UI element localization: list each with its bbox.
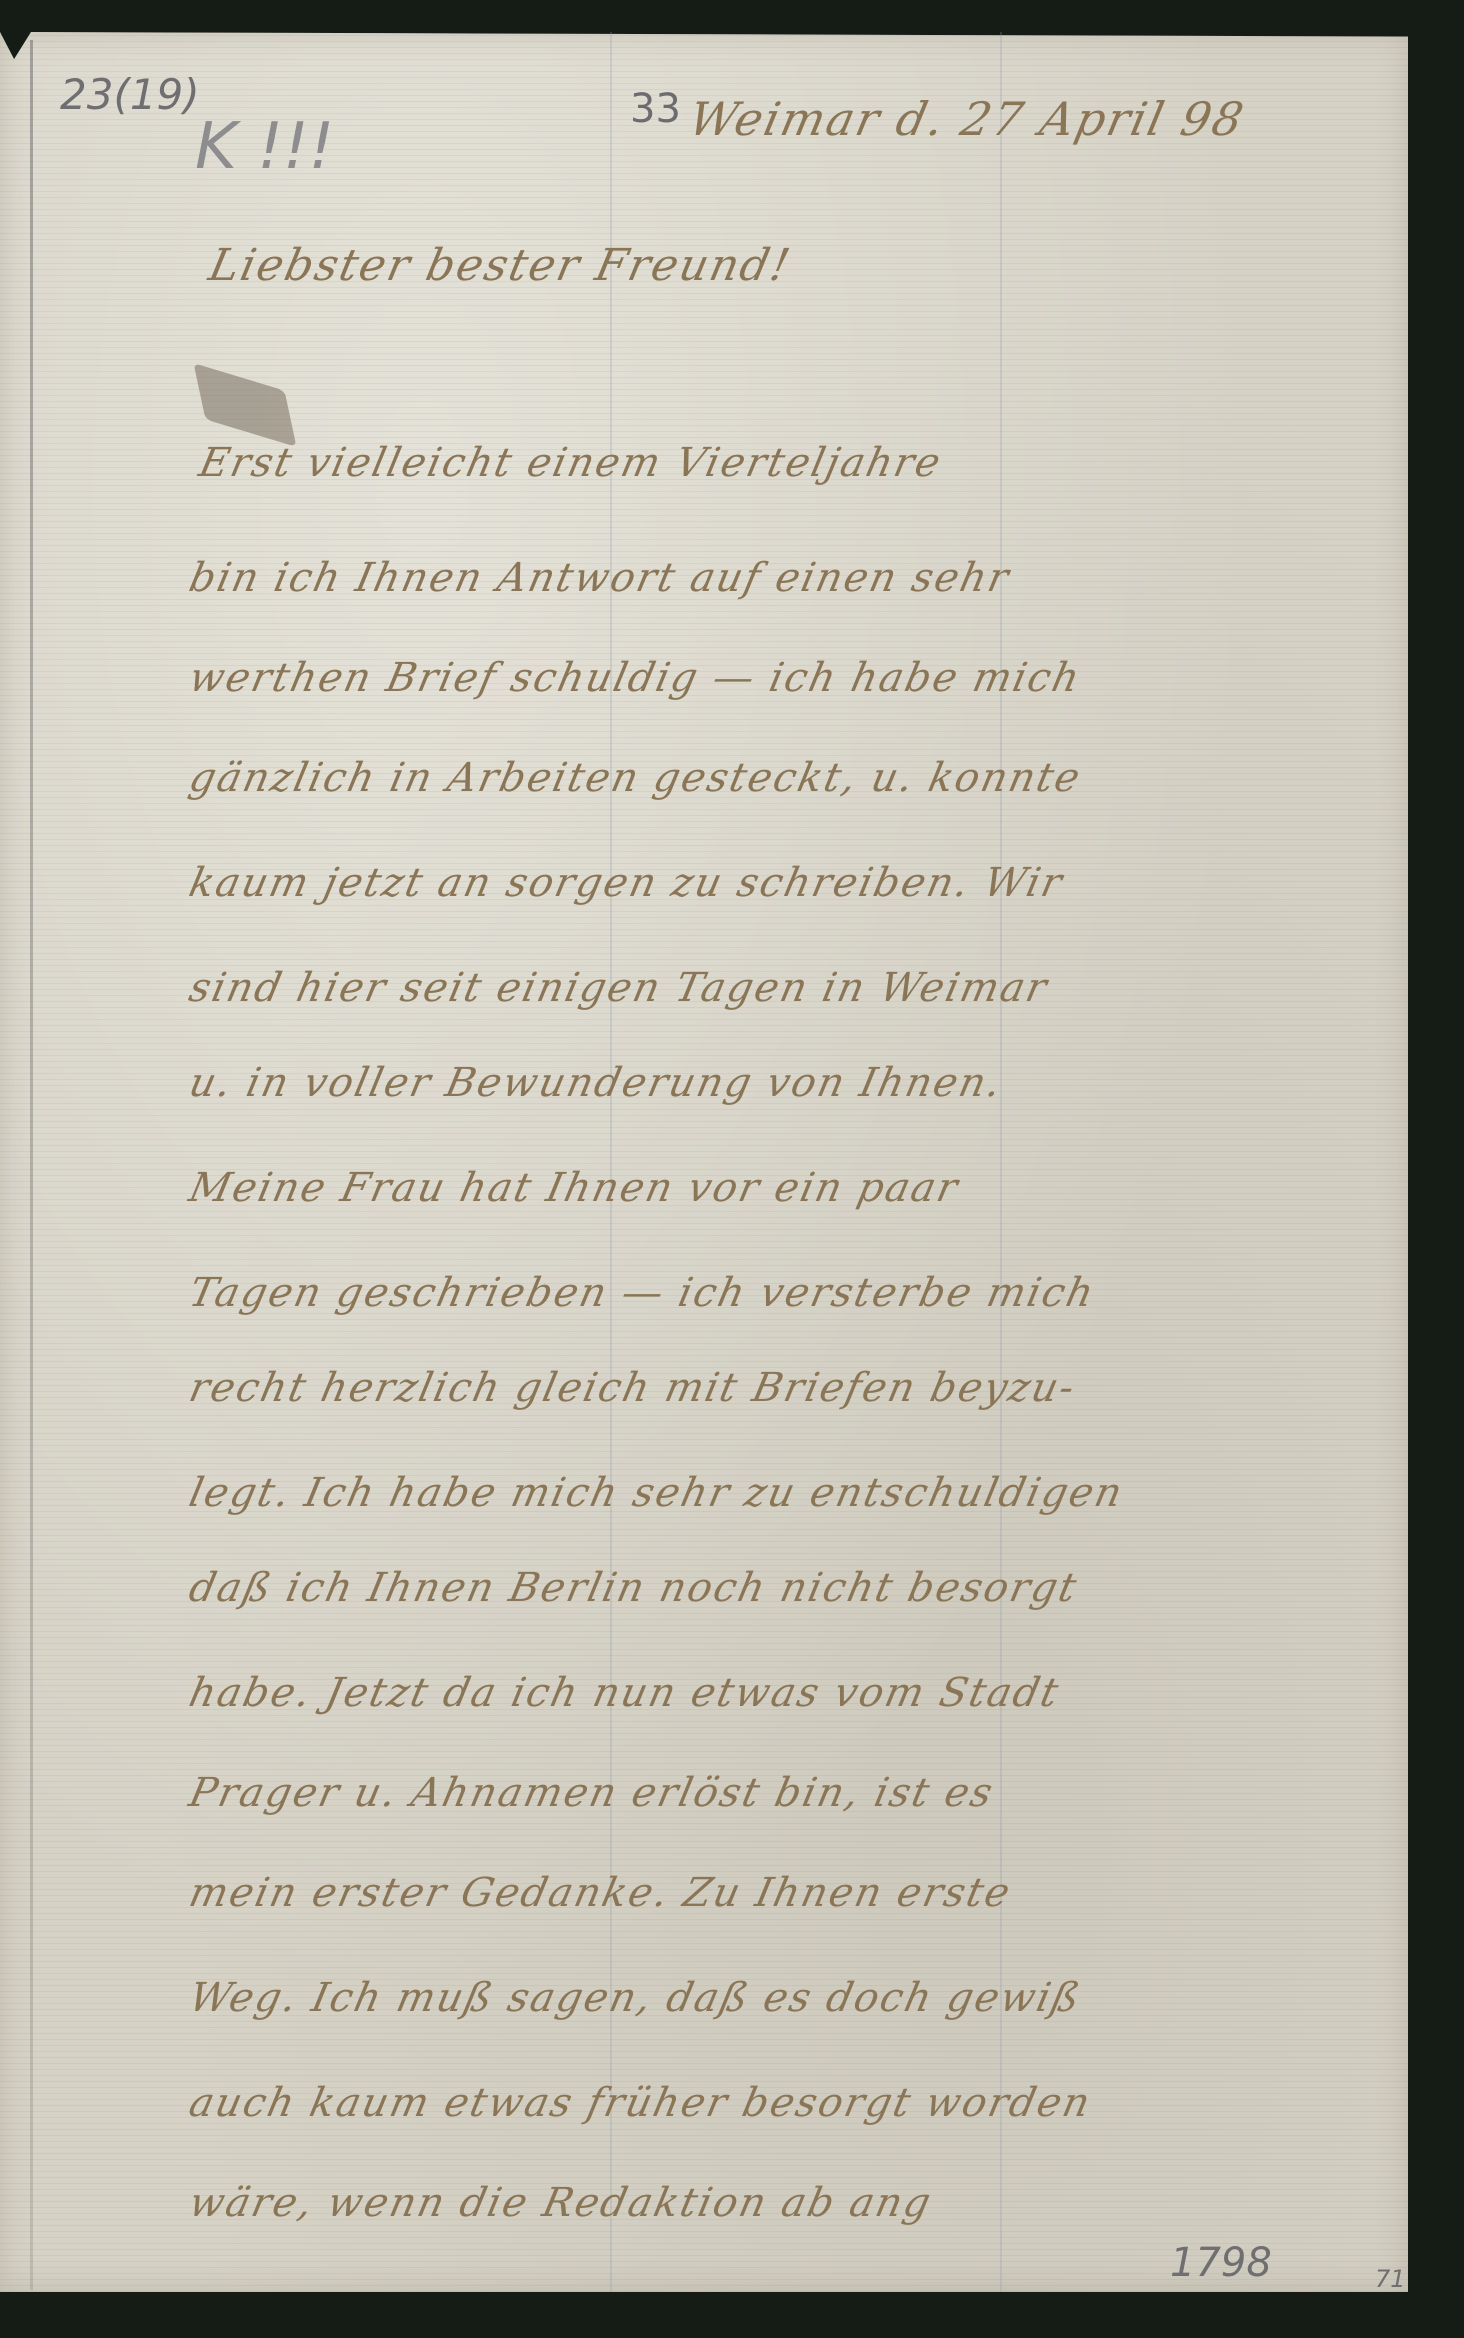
body-line: sind hier seit einigen Tagen in Weimar	[185, 965, 1052, 1011]
archive-number: 23(19)	[60, 70, 200, 119]
paper-chain-line	[1000, 32, 1002, 2292]
body-line: Meine Frau hat Ihnen vor ein paar	[185, 1165, 963, 1211]
body-line: daß ich Ihnen Berlin noch nicht besorgt	[185, 1565, 1082, 1611]
place-date: Weimar d. 27 April 98	[684, 92, 1250, 146]
page-mark: 33	[630, 86, 681, 132]
paper-chain-line	[610, 32, 612, 2292]
body-line: Erst vielleicht einem Vierteljahre	[195, 440, 946, 486]
body-line: legt. Ich habe mich sehr zu entschuldige…	[185, 1470, 1128, 1516]
body-line: Tagen geschrieben — ich versterbe mich	[185, 1270, 1099, 1316]
body-line: mein erster Gedanke. Zu Ihnen erste	[185, 1870, 1016, 1916]
document-scan: 23(19) K !!! 33 Weimar d. 27 April 98 Li…	[0, 0, 1464, 2338]
body-line: kaum jetzt an sorgen zu schreiben. Wir	[185, 860, 1068, 906]
body-line: Prager u. Ahnamen erlöst bin, ist es	[185, 1770, 998, 1816]
body-line: gänzlich in Arbeiten gesteckt, u. konnte	[185, 755, 1086, 801]
body-line: werthen Brief schuldig — ich habe mich	[185, 655, 1085, 701]
paper-fold-line	[30, 40, 33, 2290]
folio-number: 71	[1375, 2265, 1406, 2293]
year-note: 1798	[1170, 2240, 1272, 2286]
body-line: recht herzlich gleich mit Briefen beyzu-	[185, 1365, 1080, 1411]
body-line: habe. Jetzt da ich nun etwas vom Stadt	[185, 1670, 1064, 1716]
body-line: u. in voller Bewunderung von Ihnen.	[185, 1060, 1007, 1106]
body-line: bin ich Ihnen Antwort auf einen sehr	[185, 555, 1014, 601]
body-line: wäre, wenn die Redaktion ab ang	[185, 2180, 936, 2226]
body-line: Weg. Ich muß sagen, daß es doch gewiß	[185, 1975, 1085, 2021]
pencil-mark: K !!!	[195, 110, 334, 184]
body-line: auch kaum etwas früher besorgt worden	[185, 2080, 1096, 2126]
salutation: Liebster bester Freund!	[205, 240, 796, 291]
